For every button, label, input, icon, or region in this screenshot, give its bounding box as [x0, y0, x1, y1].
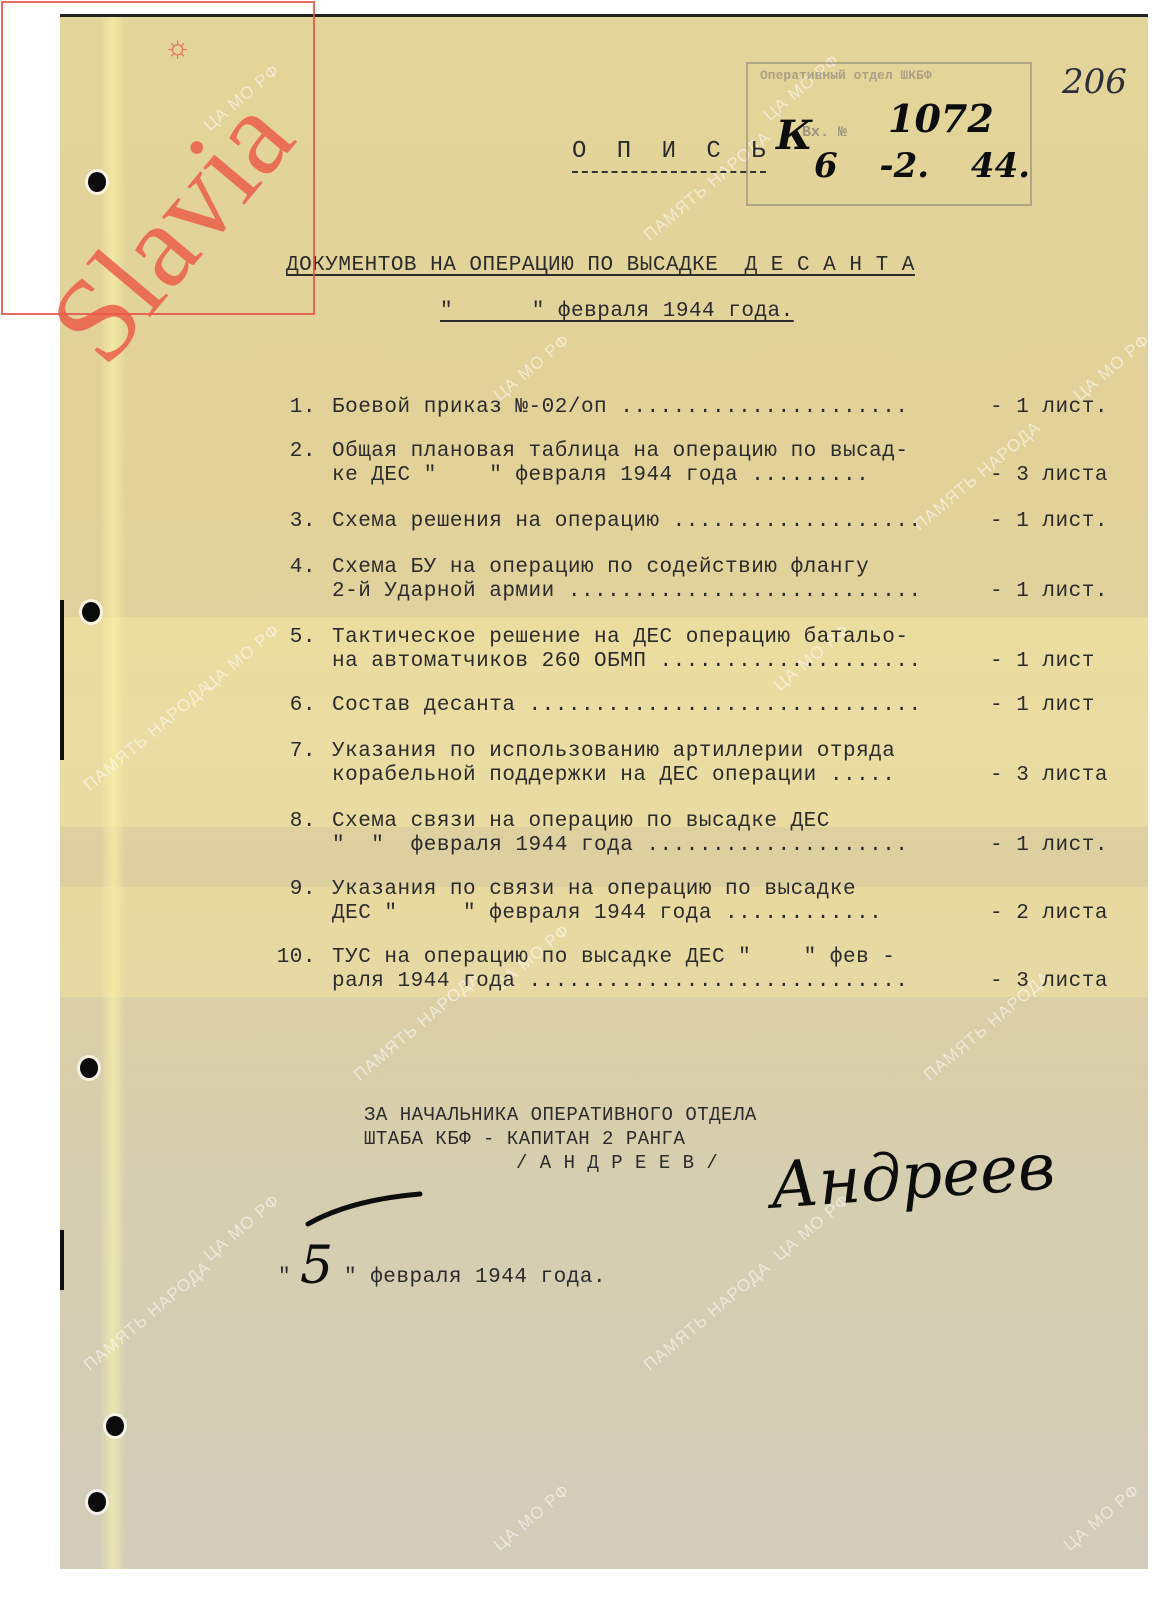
stamp-date: 6 -2. 44.: [814, 146, 1030, 186]
archive-page-number: 206: [1062, 62, 1127, 102]
item-text-line: Схема БУ на операцию по содействию фланг…: [332, 556, 869, 579]
item-text-line: Указания по связи на операцию по высадке: [332, 878, 856, 901]
date-day-handwritten: 5: [300, 1236, 333, 1296]
item-text-line: ДЕС " " февраля 1944 года ............: [332, 902, 882, 925]
item-text-line: раля 1944 года .........................…: [332, 970, 909, 993]
date-open-quote: ": [278, 1266, 291, 1289]
punch-hole: [80, 1058, 98, 1078]
document-subtitle: ДОКУМЕНТОВ НА ОПЕРАЦИЮ ПО ВЫСАДКЕ Д Е С …: [286, 254, 915, 277]
item-number: 8.: [272, 810, 316, 833]
punch-hole: [82, 602, 100, 622]
date-rest: " февраля 1944 года.: [344, 1266, 606, 1289]
stamp-letter: К: [776, 112, 812, 159]
item-text-line: Схема связи на операцию по высадке ДЕС: [332, 810, 830, 833]
item-sheet-count: - 1 лист: [990, 650, 1095, 673]
paper-edge-shadow: [60, 600, 64, 760]
item-sheet-count: - 3 листа: [990, 764, 1108, 787]
item-sheet-count: - 1 лист.: [990, 580, 1108, 603]
item-sheet-count: - 1 лист.: [990, 834, 1108, 857]
item-text-line: корабельной поддержки на ДЕС операции ..…: [332, 764, 895, 787]
item-text-line: Указания по использованию артиллерии отр…: [332, 740, 895, 763]
signature-line-name: / А Н Д Р Е Е В /: [516, 1152, 718, 1174]
item-text-line: " " февраля 1944 года ..................…: [332, 834, 909, 857]
item-number: 10.: [272, 946, 316, 969]
item-sheet-count: - 3 листа: [990, 464, 1108, 487]
item-text-line: Тактическое решение на ДЕС операцию бата…: [332, 626, 909, 649]
item-number: 9.: [272, 878, 316, 901]
item-text-line: Схема решения на операцию ..............…: [332, 510, 922, 533]
item-number: 3.: [272, 510, 316, 533]
item-text-line: 2-й Ударной армии ......................…: [332, 580, 922, 603]
item-text-line: ке ДЕС " " февраля 1944 года .........: [332, 464, 869, 487]
paper-edge-shadow: [60, 1230, 64, 1290]
item-text-line: на автоматчиков 260 ОБМП ...............…: [332, 650, 922, 673]
document-subtitle-date: " " февраля 1944 года.: [440, 300, 794, 323]
item-text-line: Общая плановая таблица на операцию по вы…: [332, 440, 909, 463]
signature-line-rank: ШТАБА КБФ - КАПИТАН 2 РАНГА: [364, 1128, 685, 1150]
item-sheet-count: - 1 лист.: [990, 396, 1108, 419]
punch-hole: [88, 1492, 106, 1512]
item-sheet-count: - 1 лист.: [990, 510, 1108, 533]
stamp-header: Оперативный отдел ШКБФ: [760, 68, 932, 83]
item-number: 5.: [272, 626, 316, 649]
document-title: О П И С Ь: [572, 138, 774, 165]
item-sheet-count: - 1 лист: [990, 694, 1095, 717]
item-number: 2.: [272, 440, 316, 463]
pen-stroke-icon: [300, 1188, 430, 1228]
item-text-line: ТУС на операцию по высадке ДЕС " " фев -: [332, 946, 895, 969]
item-text-line: Боевой приказ №-02/оп ..................…: [332, 396, 909, 419]
signature-line-position: ЗА НАЧАЛЬНИКА ОПЕРАТИВНОГО ОТДЕЛА: [364, 1104, 757, 1126]
item-sheet-count: - 2 листа: [990, 902, 1108, 925]
item-text-line: Состав десанта .........................…: [332, 694, 922, 717]
item-number: 4.: [272, 556, 316, 579]
item-number: 7.: [272, 740, 316, 763]
punch-hole: [106, 1416, 124, 1436]
item-number: 6.: [272, 694, 316, 717]
item-number: 1.: [272, 396, 316, 419]
sun-icon: ☼: [168, 30, 187, 67]
item-sheet-count: - 3 листа: [990, 970, 1108, 993]
stamp-number: 1072: [888, 96, 994, 141]
